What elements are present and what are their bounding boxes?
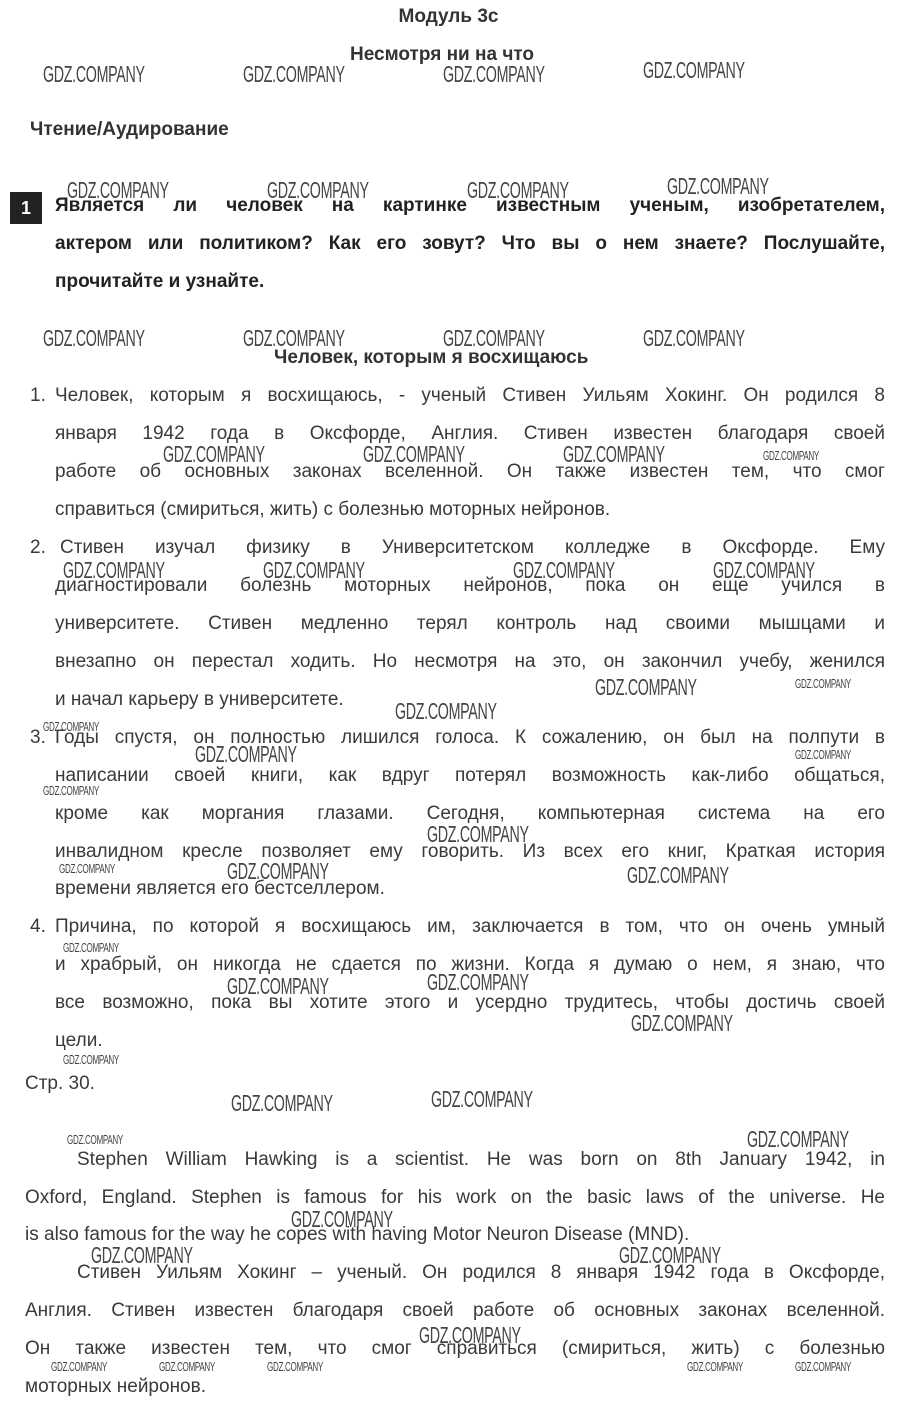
paragraph-line: Человек, которым я восхищаюсь, - ученый … [55, 385, 885, 407]
paragraph-line: времени является его бестселлером. [55, 878, 385, 900]
watermark: GDZ.COMPANY [63, 557, 165, 584]
watermark: GDZ.COMPANY [91, 1242, 193, 1269]
watermark: GDZ.COMPANY [667, 173, 769, 200]
section-heading: Чтение/Аудирование [30, 119, 229, 141]
task-line: актером или политиком? Как его зовут? Чт… [55, 233, 885, 255]
watermark: GDZ.COMPANY [427, 821, 529, 848]
watermark: GDZ.COMPANY [363, 441, 465, 468]
watermark: GDZ.COMPANY [195, 741, 297, 768]
russian-line: моторных нейронов. [25, 1376, 206, 1398]
paragraph-line: Причина, по которой я восхищаюсь им, зак… [55, 916, 885, 938]
watermark: GDZ.COMPANY [513, 557, 615, 584]
paragraph-number: 2. [30, 537, 46, 559]
watermark: GDZ.COMPANY [443, 61, 545, 88]
watermark: GDZ.COMPANY [643, 57, 745, 84]
watermark: GDZ.COMPANY [63, 1052, 119, 1067]
watermark: GDZ.COMPANY [419, 1322, 521, 1349]
watermark: GDZ.COMPANY [795, 676, 851, 691]
watermark: GDZ.COMPANY [43, 325, 145, 352]
watermark: GDZ.COMPANY [243, 325, 345, 352]
module-title: Модуль 3c [0, 6, 897, 28]
watermark: GDZ.COMPANY [291, 1206, 393, 1233]
watermark: GDZ.COMPANY [643, 325, 745, 352]
watermark: GDZ.COMPANY [795, 1359, 851, 1374]
watermark: GDZ.COMPANY [467, 177, 569, 204]
paragraph-line: внезапно он перестал ходить. Но несмотря… [55, 651, 885, 673]
watermark: GDZ.COMPANY [627, 862, 729, 889]
paragraph-line: и начал карьеру в университете. [55, 689, 344, 711]
watermark: GDZ.COMPANY [795, 747, 851, 762]
page-reference: Стр. 30. [25, 1073, 95, 1095]
watermark: GDZ.COMPANY [43, 61, 145, 88]
task-line: прочитайте и узнайте. [55, 271, 264, 293]
watermark: GDZ.COMPANY [687, 1359, 743, 1374]
watermark: GDZ.COMPANY [395, 698, 497, 725]
english-line: Oxford, England. Stephen is famous for h… [25, 1187, 885, 1209]
paragraph-line: Стивен изучал физику в Университетском к… [60, 537, 885, 559]
paragraph-line: справиться (смириться, жить) с болезнью … [55, 499, 610, 521]
paragraph-number: 1. [30, 385, 46, 407]
watermark: GDZ.COMPANY [431, 1086, 533, 1113]
paragraph-line: университете. Стивен медленно терял конт… [55, 613, 885, 635]
watermark: GDZ.COMPANY [595, 674, 697, 701]
watermark: GDZ.COMPANY [427, 969, 529, 996]
paragraph-line: цели. [55, 1030, 103, 1052]
watermark: GDZ.COMPANY [267, 1359, 323, 1374]
watermark: GDZ.COMPANY [231, 1090, 333, 1117]
paragraph-line: Годы спустя, он полностью лишился голоса… [55, 727, 885, 749]
watermark: GDZ.COMPANY [263, 557, 365, 584]
watermark: GDZ.COMPANY [631, 1010, 733, 1037]
watermark: GDZ.COMPANY [67, 177, 169, 204]
paragraph-number: 4. [30, 916, 46, 938]
watermark: GDZ.COMPANY [43, 783, 99, 798]
watermark: GDZ.COMPANY [267, 177, 369, 204]
watermark: GDZ.COMPANY [747, 1126, 849, 1153]
watermark: GDZ.COMPANY [619, 1242, 721, 1269]
watermark: GDZ.COMPANY [227, 858, 329, 885]
watermark: GDZ.COMPANY [59, 861, 115, 876]
watermark: GDZ.COMPANY [443, 325, 545, 352]
watermark: GDZ.COMPANY [163, 441, 265, 468]
watermark: GDZ.COMPANY [243, 61, 345, 88]
task-number-badge: 1 [10, 192, 42, 224]
watermark: GDZ.COMPANY [563, 441, 665, 468]
russian-line: Англия. Стивен известен благодаря своей … [25, 1300, 885, 1322]
watermark: GDZ.COMPANY [227, 973, 329, 1000]
watermark: GDZ.COMPANY [763, 448, 819, 463]
watermark: GDZ.COMPANY [713, 557, 815, 584]
watermark: GDZ.COMPANY [51, 1359, 107, 1374]
watermark: GDZ.COMPANY [63, 940, 119, 955]
russian-line: Стивен Уильям Хокинг – ученый. Он родилс… [77, 1262, 885, 1284]
watermark: GDZ.COMPANY [159, 1359, 215, 1374]
watermark: GDZ.COMPANY [43, 719, 99, 734]
watermark: GDZ.COMPANY [67, 1132, 123, 1147]
paragraph-line: написании своей книги, как вдруг потерял… [55, 765, 885, 787]
